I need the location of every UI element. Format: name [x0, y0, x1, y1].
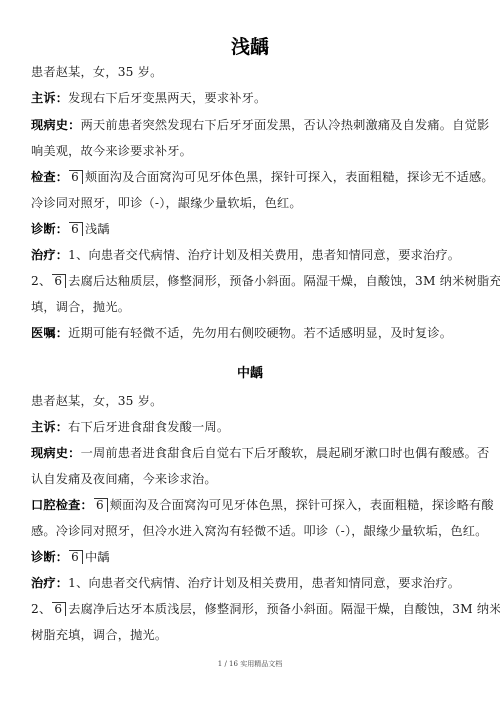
case1-history-cont: 响美观，故今来诊要求补牙。	[31, 143, 471, 159]
exam-text-line1: 颊面沟及合面窝沟可见牙体色黑，探针可探入，表面粗糙，探诊略有酸	[110, 498, 494, 512]
case1-treatment: 治疗：1、向患者交代病情、治疗计划及相关费用，患者知情同意，要求治疗。	[31, 247, 471, 263]
history-text-line1: 两天前患者突然发现右下后牙牙面发黑，否认冷热刺激痛及自发痛。自觉影	[81, 118, 490, 132]
tooth-notation: 6	[69, 170, 83, 184]
case2-history: 现病史：一周前患者进食甜食后自觉右下后牙酸软，晨起刷牙漱口时也偶有酸感。否	[31, 445, 471, 461]
case1-exam-cont: 冷诊同对照牙，叩诊（-），龈缘少量软垢，色红。	[31, 195, 471, 211]
diagnosis-text: 浅龋	[85, 222, 110, 236]
exam-label: 检查：	[31, 170, 68, 184]
history-text-line1: 一周前患者进食甜食后自觉右下后牙酸软，晨起刷牙漱口时也偶有酸感。否	[81, 446, 490, 460]
case2-history-cont: 认自发痛及夜间痛，今来诊求治。	[31, 471, 471, 487]
case2-treatment: 治疗：1、向患者交代病情、治疗计划及相关费用，患者知情同意，要求治疗。	[31, 575, 471, 591]
diagnosis-label: 诊断：	[31, 222, 68, 236]
complaint-text: 发现右下后牙变黑两天，要求补牙。	[68, 91, 266, 105]
case1-treatment-step2-cont: 填，调合，抛光。	[31, 299, 471, 315]
step2-text-line1: 去腐后达釉质层，修整洞形，预备小斜面。隔湿干燥，自酸蚀，3M 纳米树脂充	[68, 274, 500, 288]
exam-text-line1: 颊面沟及合面窝沟可见牙体色黑，探针可探入，表面粗糙，探诊无不适感。	[85, 170, 494, 184]
case1-diagnosis: 诊断：6浅龋	[31, 221, 471, 237]
case1-complaint: 主诉：发现右下后牙变黑两天，要求补牙。	[31, 90, 471, 106]
case2-treatment-step2: 2、6去腐净后达牙本质浅层，修整洞形，预备小斜面。隔湿干燥，自酸蚀，3M 纳米	[31, 601, 471, 617]
treatment-label: 治疗：	[31, 248, 68, 262]
case2-treatment-step2-cont: 树脂充填，调合，抛光。	[31, 627, 471, 643]
step2-prefix: 2、	[31, 602, 51, 616]
case1-treatment-step2: 2、6去腐后达釉质层，修整洞形，预备小斜面。隔湿干燥，自酸蚀，3M 纳米树脂充	[31, 273, 471, 289]
complaint-text: 右下后牙进食甜食发酸一周。	[68, 420, 229, 434]
case1-advice: 医嘱：近期可能有轻微不适，先勿用右侧咬硬物。若不适感明显，及时复诊。	[31, 325, 471, 341]
case2-complaint: 主诉：右下后牙进食甜食发酸一周。	[31, 419, 471, 435]
treatment-step1: 1、向患者交代病情、治疗计划及相关费用，患者知情同意，要求治疗。	[68, 576, 460, 590]
case1-history: 现病史：两天前患者突然发现右下后牙牙面发黑，否认冷热刺激痛及自发痛。自觉影	[31, 117, 471, 133]
advice-label: 医嘱：	[31, 326, 68, 340]
case1-title: 浅龋	[0, 32, 500, 59]
case2-exam-cont: 感。冷诊同对照牙，但冷水进入窝沟有轻微不适。叩诊（-），龈缘少量软垢，色红。	[31, 523, 471, 539]
case2-diagnosis: 诊断：6中龋	[31, 549, 471, 565]
tooth-notation: 6	[52, 274, 66, 288]
page-footer: 1 / 16 实用精品文档	[0, 659, 500, 669]
step2-prefix: 2、	[31, 274, 51, 288]
tooth-notation: 6	[52, 602, 66, 616]
exam-label: 口腔检查：	[31, 498, 93, 512]
diagnosis-label: 诊断：	[31, 550, 68, 564]
complaint-label: 主诉：	[31, 91, 68, 105]
history-label: 现病史：	[31, 446, 81, 460]
case2-title: 中龋	[0, 362, 500, 381]
tooth-notation: 6	[69, 222, 83, 236]
case1-exam: 检查：6颊面沟及合面窝沟可见牙体色黑，探针可探入，表面粗糙，探诊无不适感。	[31, 169, 471, 185]
tooth-notation: 6	[69, 550, 83, 564]
step2-text-line1: 去腐净后达牙本质浅层，修整洞形，预备小斜面。隔湿干燥，自酸蚀，3M 纳米	[68, 602, 500, 616]
case2-patient: 患者赵某，女，35 岁。	[31, 393, 471, 409]
history-label: 现病史：	[31, 118, 81, 132]
tooth-notation: 6	[94, 498, 108, 512]
advice-text: 近期可能有轻微不适，先勿用右侧咬硬物。若不适感明显，及时复诊。	[68, 326, 452, 340]
treatment-label: 治疗：	[31, 576, 68, 590]
case2-exam: 口腔检查：6颊面沟及合面窝沟可见牙体色黑，探针可探入，表面粗糙，探诊略有酸	[31, 497, 471, 513]
diagnosis-text: 中龋	[85, 550, 110, 564]
case1-patient: 患者赵某，女，35 岁。	[31, 64, 471, 80]
document-page: 浅龋 患者赵某，女，35 岁。 主诉：发现右下后牙变黑两天，要求补牙。 现病史：…	[0, 0, 500, 708]
treatment-step1: 1、向患者交代病情、治疗计划及相关费用，患者知情同意，要求治疗。	[68, 248, 460, 262]
complaint-label: 主诉：	[31, 420, 68, 434]
